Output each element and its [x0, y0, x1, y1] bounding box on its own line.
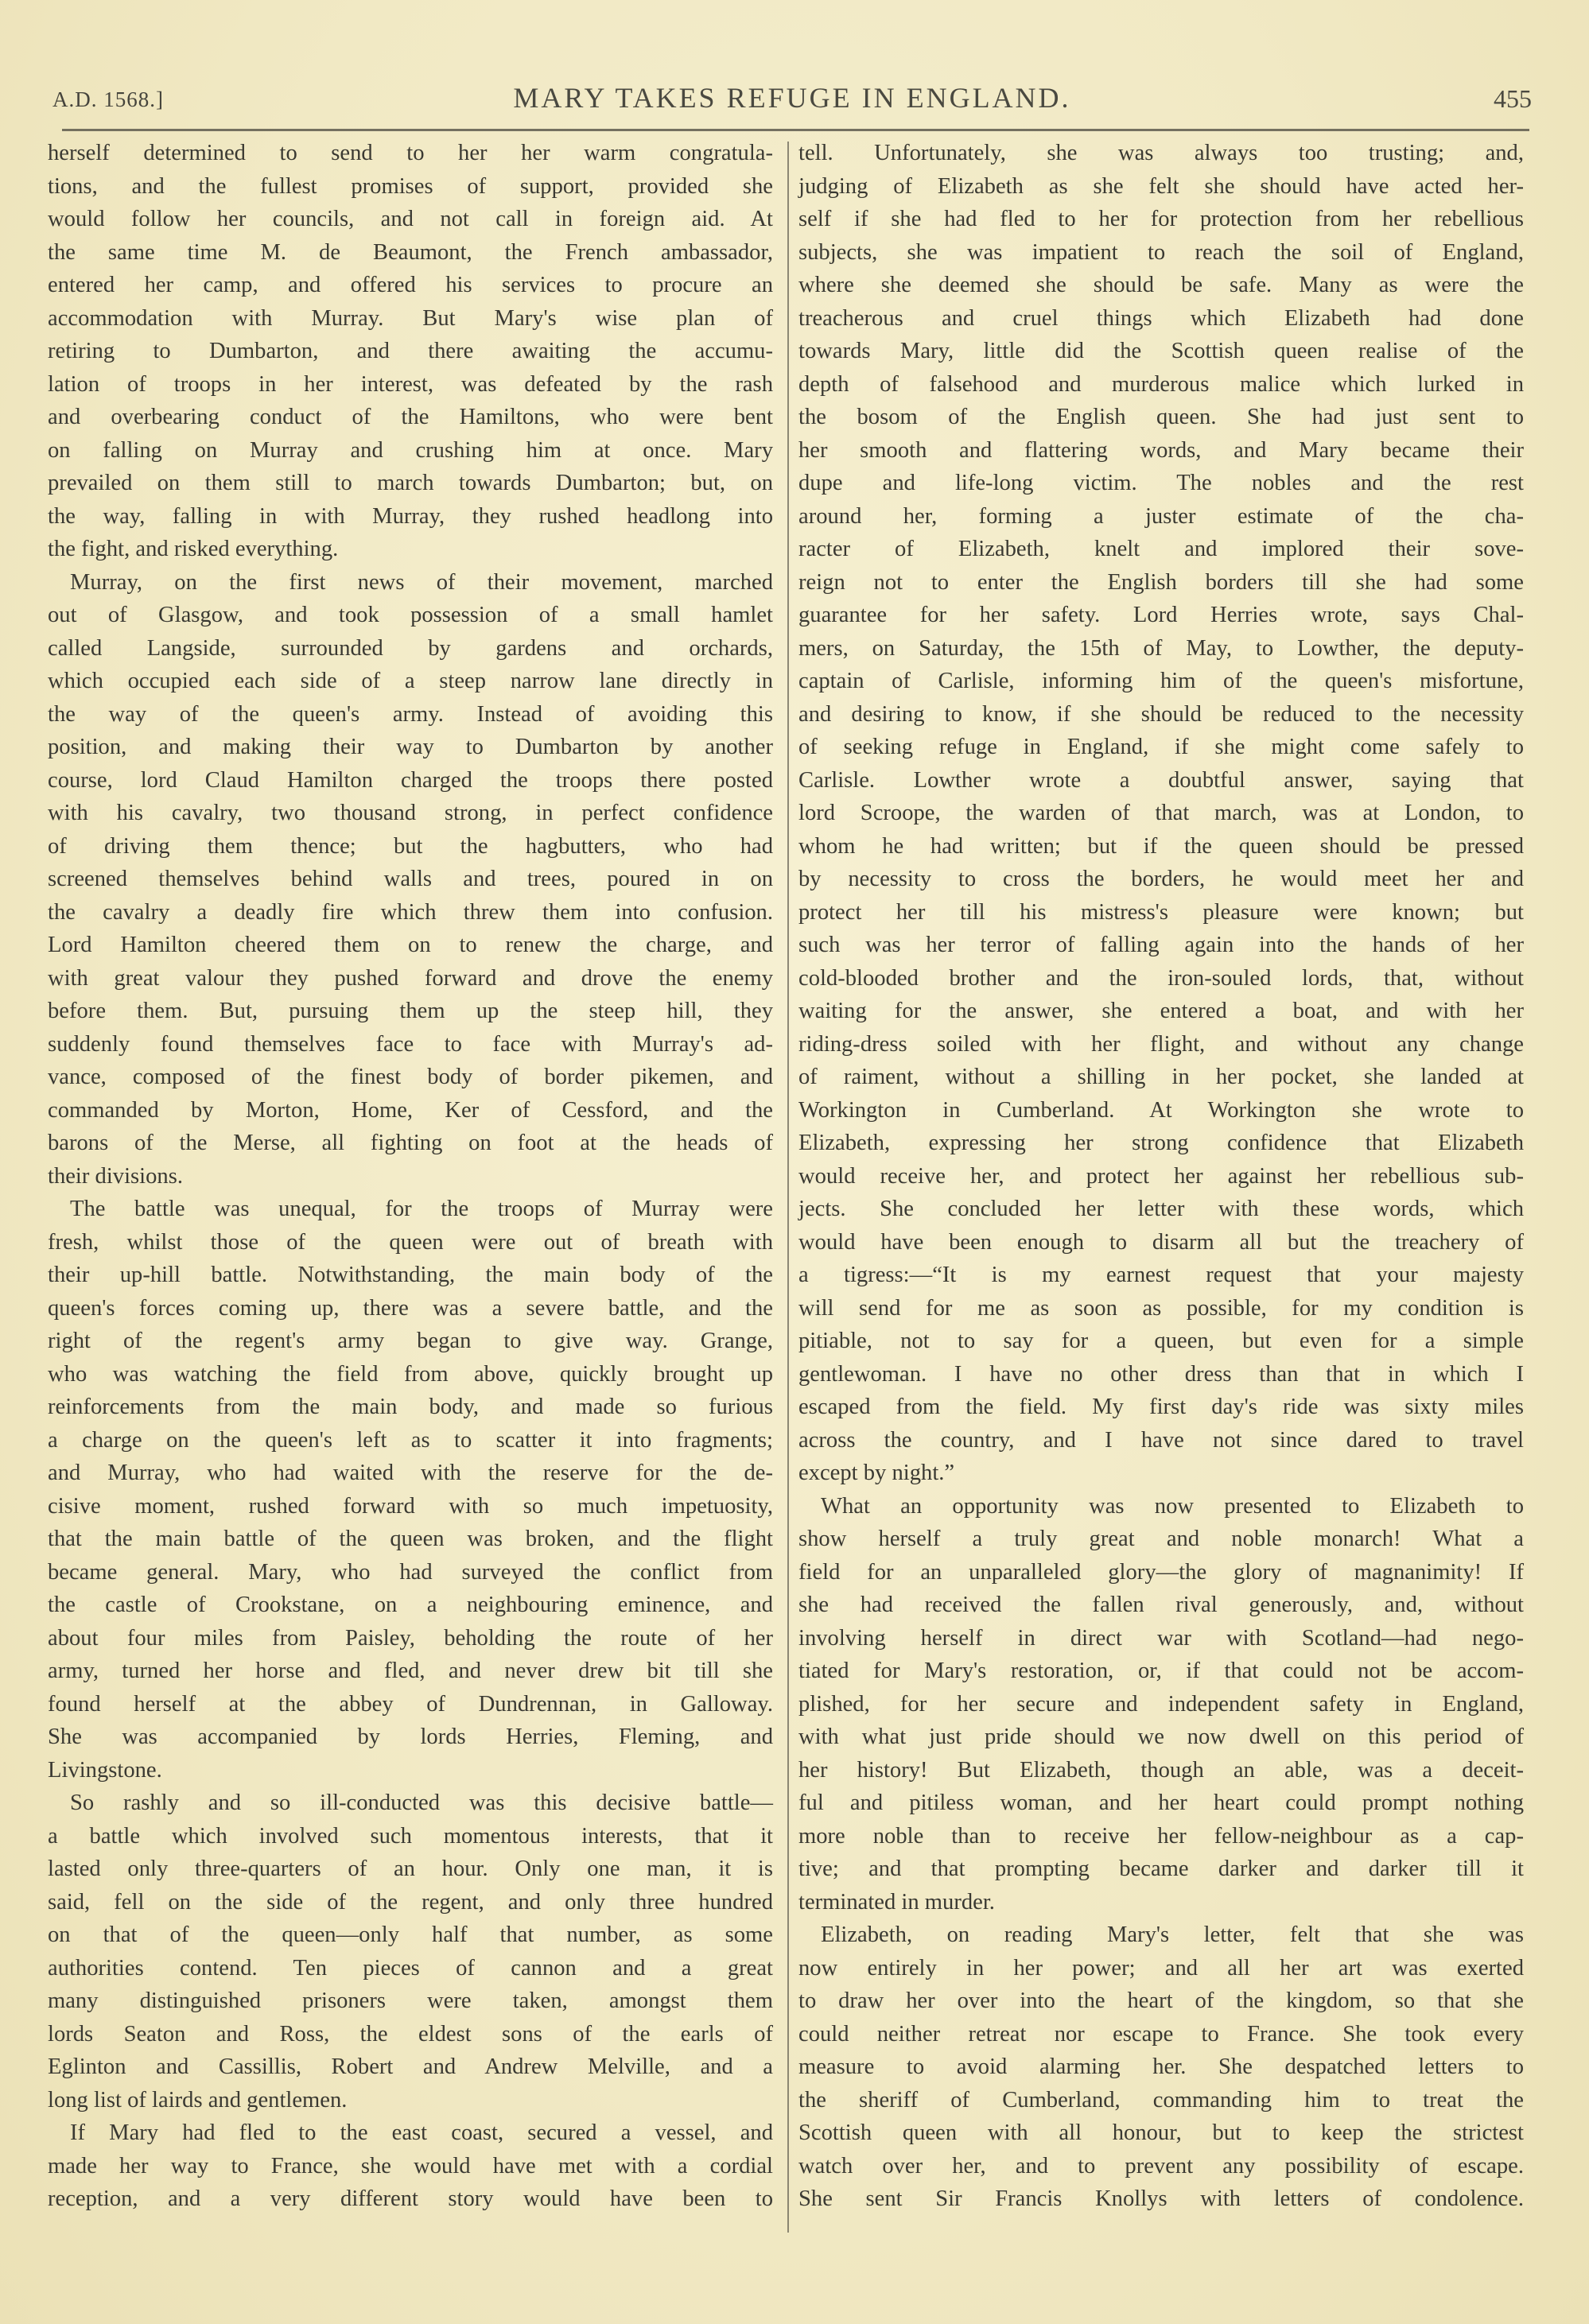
text-line: a battle which involved such momentous i…	[48, 1820, 773, 1853]
text-line: with great valour they pushed forward an…	[48, 962, 773, 995]
text-line: lord Scroope, the warden of that march, …	[798, 797, 1524, 830]
text-line: show herself a truly great and noble mon…	[798, 1523, 1524, 1556]
book-page: A.D. 1568.] MARY TAKES REFUGE IN ENGLAND…	[0, 0, 1589, 2324]
text-line: reception, and a very different story wo…	[48, 2182, 773, 2216]
text-line: tell. Unfortunately, she was always too …	[798, 137, 1524, 170]
text-line: with his cavalry, two thousand strong, i…	[48, 797, 773, 830]
text-line: became general. Mary, who had surveyed t…	[48, 1556, 773, 1589]
text-line: the fight, and risked everything.	[48, 533, 773, 566]
text-line: before them. But, pursuing them up the s…	[48, 995, 773, 1028]
text-line: the bosom of the English queen. She had …	[798, 401, 1524, 434]
text-line: such was her terror of falling again int…	[798, 929, 1524, 962]
text-line: suddenly found themselves face to face w…	[48, 1028, 773, 1061]
text-line: that the main battle of the queen was br…	[48, 1523, 773, 1556]
text-line: Murray, on the first news of their movem…	[48, 566, 773, 599]
text-line: So rashly and so ill-conducted was this …	[48, 1787, 773, 1820]
text-line: where she deemed she should be safe. Man…	[798, 269, 1524, 302]
text-line: involving herself in direct war with Sco…	[798, 1622, 1524, 1655]
text-line: barons of the Merse, all fighting on foo…	[48, 1127, 773, 1160]
text-line: Scottish queen with all honour, but to k…	[798, 2116, 1524, 2150]
text-line: and overbearing conduct of the Hamiltons…	[48, 401, 773, 434]
text-line: across the country, and I have not since…	[798, 1424, 1524, 1457]
text-line: position, and making their way to Dumbar…	[48, 731, 773, 764]
text-line: now entirely in her power; and all her a…	[798, 1952, 1524, 1985]
text-line: protect her till his mistress's pleasure…	[798, 896, 1524, 929]
text-line: authorities contend. Ten pieces of canno…	[48, 1952, 773, 1985]
text-line: her smooth and flattering words, and Mar…	[798, 434, 1524, 468]
text-line: commanded by Morton, Home, Ker of Cessfo…	[48, 1094, 773, 1127]
text-line: guarantee for her safety. Lord Herries w…	[798, 599, 1524, 632]
text-line: jects. She concluded her letter with the…	[798, 1193, 1524, 1226]
text-line: judging of Elizabeth as she felt she sho…	[798, 170, 1524, 204]
text-line: She was accompanied by lords Herries, Fl…	[48, 1721, 773, 1754]
text-line: which occupied each side of a steep narr…	[48, 665, 773, 698]
text-line: would receive her, and protect her again…	[798, 1160, 1524, 1193]
text-line: whom he had written; but if the queen sh…	[798, 830, 1524, 863]
text-line: She sent Sir Francis Knollys with letter…	[798, 2182, 1524, 2216]
text-line: Workington in Cumberland. At Workington …	[798, 1094, 1524, 1127]
text-line: gentlewoman. I have no other dress than …	[798, 1358, 1524, 1391]
text-line: could neither retreat nor escape to Fran…	[798, 2018, 1524, 2051]
text-line: more noble than to receive her fellow-ne…	[798, 1820, 1524, 1853]
text-line: If Mary had fled to the east coast, secu…	[48, 2116, 773, 2150]
text-line: lords Seaton and Ross, the eldest sons o…	[48, 2018, 773, 2051]
text-line: ful and pitiless woman, and her heart co…	[798, 1787, 1524, 1820]
text-line: who was watching the field from above, q…	[48, 1358, 773, 1391]
text-line: around her, forming a juster estimate of…	[798, 500, 1524, 533]
text-line: the way, falling in with Murray, they ru…	[48, 500, 773, 533]
text-line: queen's forces coming up, there was a se…	[48, 1292, 773, 1325]
text-line: accommodation with Murray. But Mary's wi…	[48, 302, 773, 336]
running-head: A.D. 1568.] MARY TAKES REFUGE IN ENGLAND…	[52, 80, 1532, 127]
text-line: their divisions.	[48, 1160, 773, 1193]
text-line: escaped from the field. My first day's r…	[798, 1391, 1524, 1424]
text-line: watch over her, and to prevent any possi…	[798, 2150, 1524, 2183]
text-line: the cavalry a deadly fire which threw th…	[48, 896, 773, 929]
text-line: about four miles from Paisley, beholding…	[48, 1622, 773, 1655]
text-line: self if she had fled to her for protecti…	[798, 203, 1524, 236]
text-line: fresh, whilst those of the queen were ou…	[48, 1226, 773, 1259]
text-line: cisive moment, rushed forward with so mu…	[48, 1490, 773, 1523]
text-line: retiring to Dumbarton, and there awaitin…	[48, 335, 773, 368]
text-line: her history! But Elizabeth, though an ab…	[798, 1754, 1524, 1787]
text-line: terminated in murder.	[798, 1886, 1524, 1919]
text-line: a tigress:—“It is my earnest request tha…	[798, 1259, 1524, 1292]
text-line: said, fell on the side of the regent, an…	[48, 1886, 773, 1919]
text-line: of seeking refuge in England, if she mig…	[798, 731, 1524, 764]
text-line: with what just pride should we now dwell…	[798, 1721, 1524, 1754]
text-line: prevailed on them still to march towards…	[48, 467, 773, 500]
text-line: called Langside, surrounded by gardens a…	[48, 632, 773, 665]
text-line: army, turned her horse and fled, and nev…	[48, 1655, 773, 1688]
text-line: lasted only three-quarters of an hour. O…	[48, 1853, 773, 1886]
text-line: captain of Carlisle, informing him of th…	[798, 665, 1524, 698]
text-line: their up-hill battle. Notwithstanding, t…	[48, 1259, 773, 1292]
text-line: of driving them thence; but the hagbutte…	[48, 830, 773, 863]
text-line: on that of the queen—only half that numb…	[48, 1919, 773, 1952]
text-line: Eglinton and Cassillis, Robert and Andre…	[48, 2050, 773, 2084]
text-line: Lord Hamilton cheered them on to renew t…	[48, 929, 773, 962]
text-line: mers, on Saturday, the 15th of May, to L…	[798, 632, 1524, 665]
text-line: right of the regent's army began to give…	[48, 1325, 773, 1358]
left-column: herself determined to send to her her wa…	[48, 137, 773, 2216]
text-line: course, lord Claud Hamilton charged the …	[48, 764, 773, 797]
header-rule	[62, 129, 1529, 131]
text-line: and desiring to know, if she should be r…	[798, 698, 1524, 731]
text-line: tions, and the fullest promises of suppo…	[48, 170, 773, 204]
text-line: found herself at the abbey of Dundrennan…	[48, 1688, 773, 1721]
text-line: on falling on Murray and crushing him at…	[48, 434, 773, 468]
text-line: plished, for her secure and independent …	[798, 1688, 1524, 1721]
text-line: many distinguished prisoners were taken,…	[48, 1985, 773, 2018]
text-line: vance, composed of the finest body of bo…	[48, 1061, 773, 1094]
text-line: long list of lairds and gentlemen.	[48, 2084, 773, 2117]
text-line: except by night.”	[798, 1457, 1524, 1490]
right-column: tell. Unfortunately, she was always too …	[798, 137, 1524, 2216]
text-line: What an opportunity was now presented to…	[798, 1490, 1524, 1523]
text-line: would have been enough to disarm all but…	[798, 1226, 1524, 1259]
text-line: reinforcements from the main body, and m…	[48, 1391, 773, 1424]
text-line: treacherous and cruel things which Eliza…	[798, 302, 1524, 336]
text-line: reign not to enter the English borders t…	[798, 566, 1524, 599]
text-line: measure to avoid alarming her. She despa…	[798, 2050, 1524, 2084]
text-line: she had received the fallen rival genero…	[798, 1589, 1524, 1622]
text-line: Elizabeth, expressing her strong confide…	[798, 1127, 1524, 1160]
text-line: tive; and that prompting became darker a…	[798, 1853, 1524, 1886]
text-line: cold-blooded brother and the iron-souled…	[798, 962, 1524, 995]
text-line: will send for me as soon as possible, fo…	[798, 1292, 1524, 1325]
text-line: lation of troops in her interest, was de…	[48, 368, 773, 402]
text-line: out of Glasgow, and took possession of a…	[48, 599, 773, 632]
text-line: to draw her over into the heart of the k…	[798, 1985, 1524, 2018]
text-line: subjects, she was impatient to reach the…	[798, 236, 1524, 270]
text-line: field for an unparalleled glory—the glor…	[798, 1556, 1524, 1589]
text-line: would follow her councils, and not call …	[48, 203, 773, 236]
text-line: depth of falsehood and murderous malice …	[798, 368, 1524, 402]
text-line: The battle was unequal, for the troops o…	[48, 1193, 773, 1226]
text-line: screened themselves behind walls and tre…	[48, 863, 773, 896]
text-line: riding-dress soiled with her flight, and…	[798, 1028, 1524, 1061]
text-line: the same time M. de Beaumont, the French…	[48, 236, 773, 270]
text-line: Carlisle. Lowther wrote a doubtful answe…	[798, 764, 1524, 797]
text-line: the sheriff of Cumberland, commanding hi…	[798, 2084, 1524, 2117]
text-line: Elizabeth, on reading Mary's letter, fel…	[798, 1919, 1524, 1952]
text-line: towards Mary, little did the Scottish qu…	[798, 335, 1524, 368]
column-divider	[787, 142, 789, 2233]
text-line: waiting for the answer, she entered a bo…	[798, 995, 1524, 1028]
text-line: dupe and life-long victim. The nobles an…	[798, 467, 1524, 500]
text-line: and Murray, who had waited with the rese…	[48, 1457, 773, 1490]
text-line: pitiable, not to say for a queen, but ev…	[798, 1325, 1524, 1358]
text-line: a charge on the queen's left as to scatt…	[48, 1424, 773, 1457]
text-line: herself determined to send to her her wa…	[48, 137, 773, 170]
text-line: tiated for Mary's restoration, or, if th…	[798, 1655, 1524, 1688]
text-line: the way of the queen's army. Instead of …	[48, 698, 773, 731]
text-line: by necessity to cross the borders, he wo…	[798, 863, 1524, 896]
running-head-title: MARY TAKES REFUGE IN ENGLAND.	[52, 81, 1532, 114]
text-line: Livingstone.	[48, 1754, 773, 1787]
text-line: made her way to France, she would have m…	[48, 2150, 773, 2183]
text-line: racter of Elizabeth, knelt and implored …	[798, 533, 1524, 566]
text-line: of raiment, without a shilling in her po…	[798, 1061, 1524, 1094]
page-number: 455	[1494, 84, 1532, 114]
text-line: entered her camp, and offered his servic…	[48, 269, 773, 302]
text-line: the castle of Crookstane, on a neighbour…	[48, 1589, 773, 1622]
